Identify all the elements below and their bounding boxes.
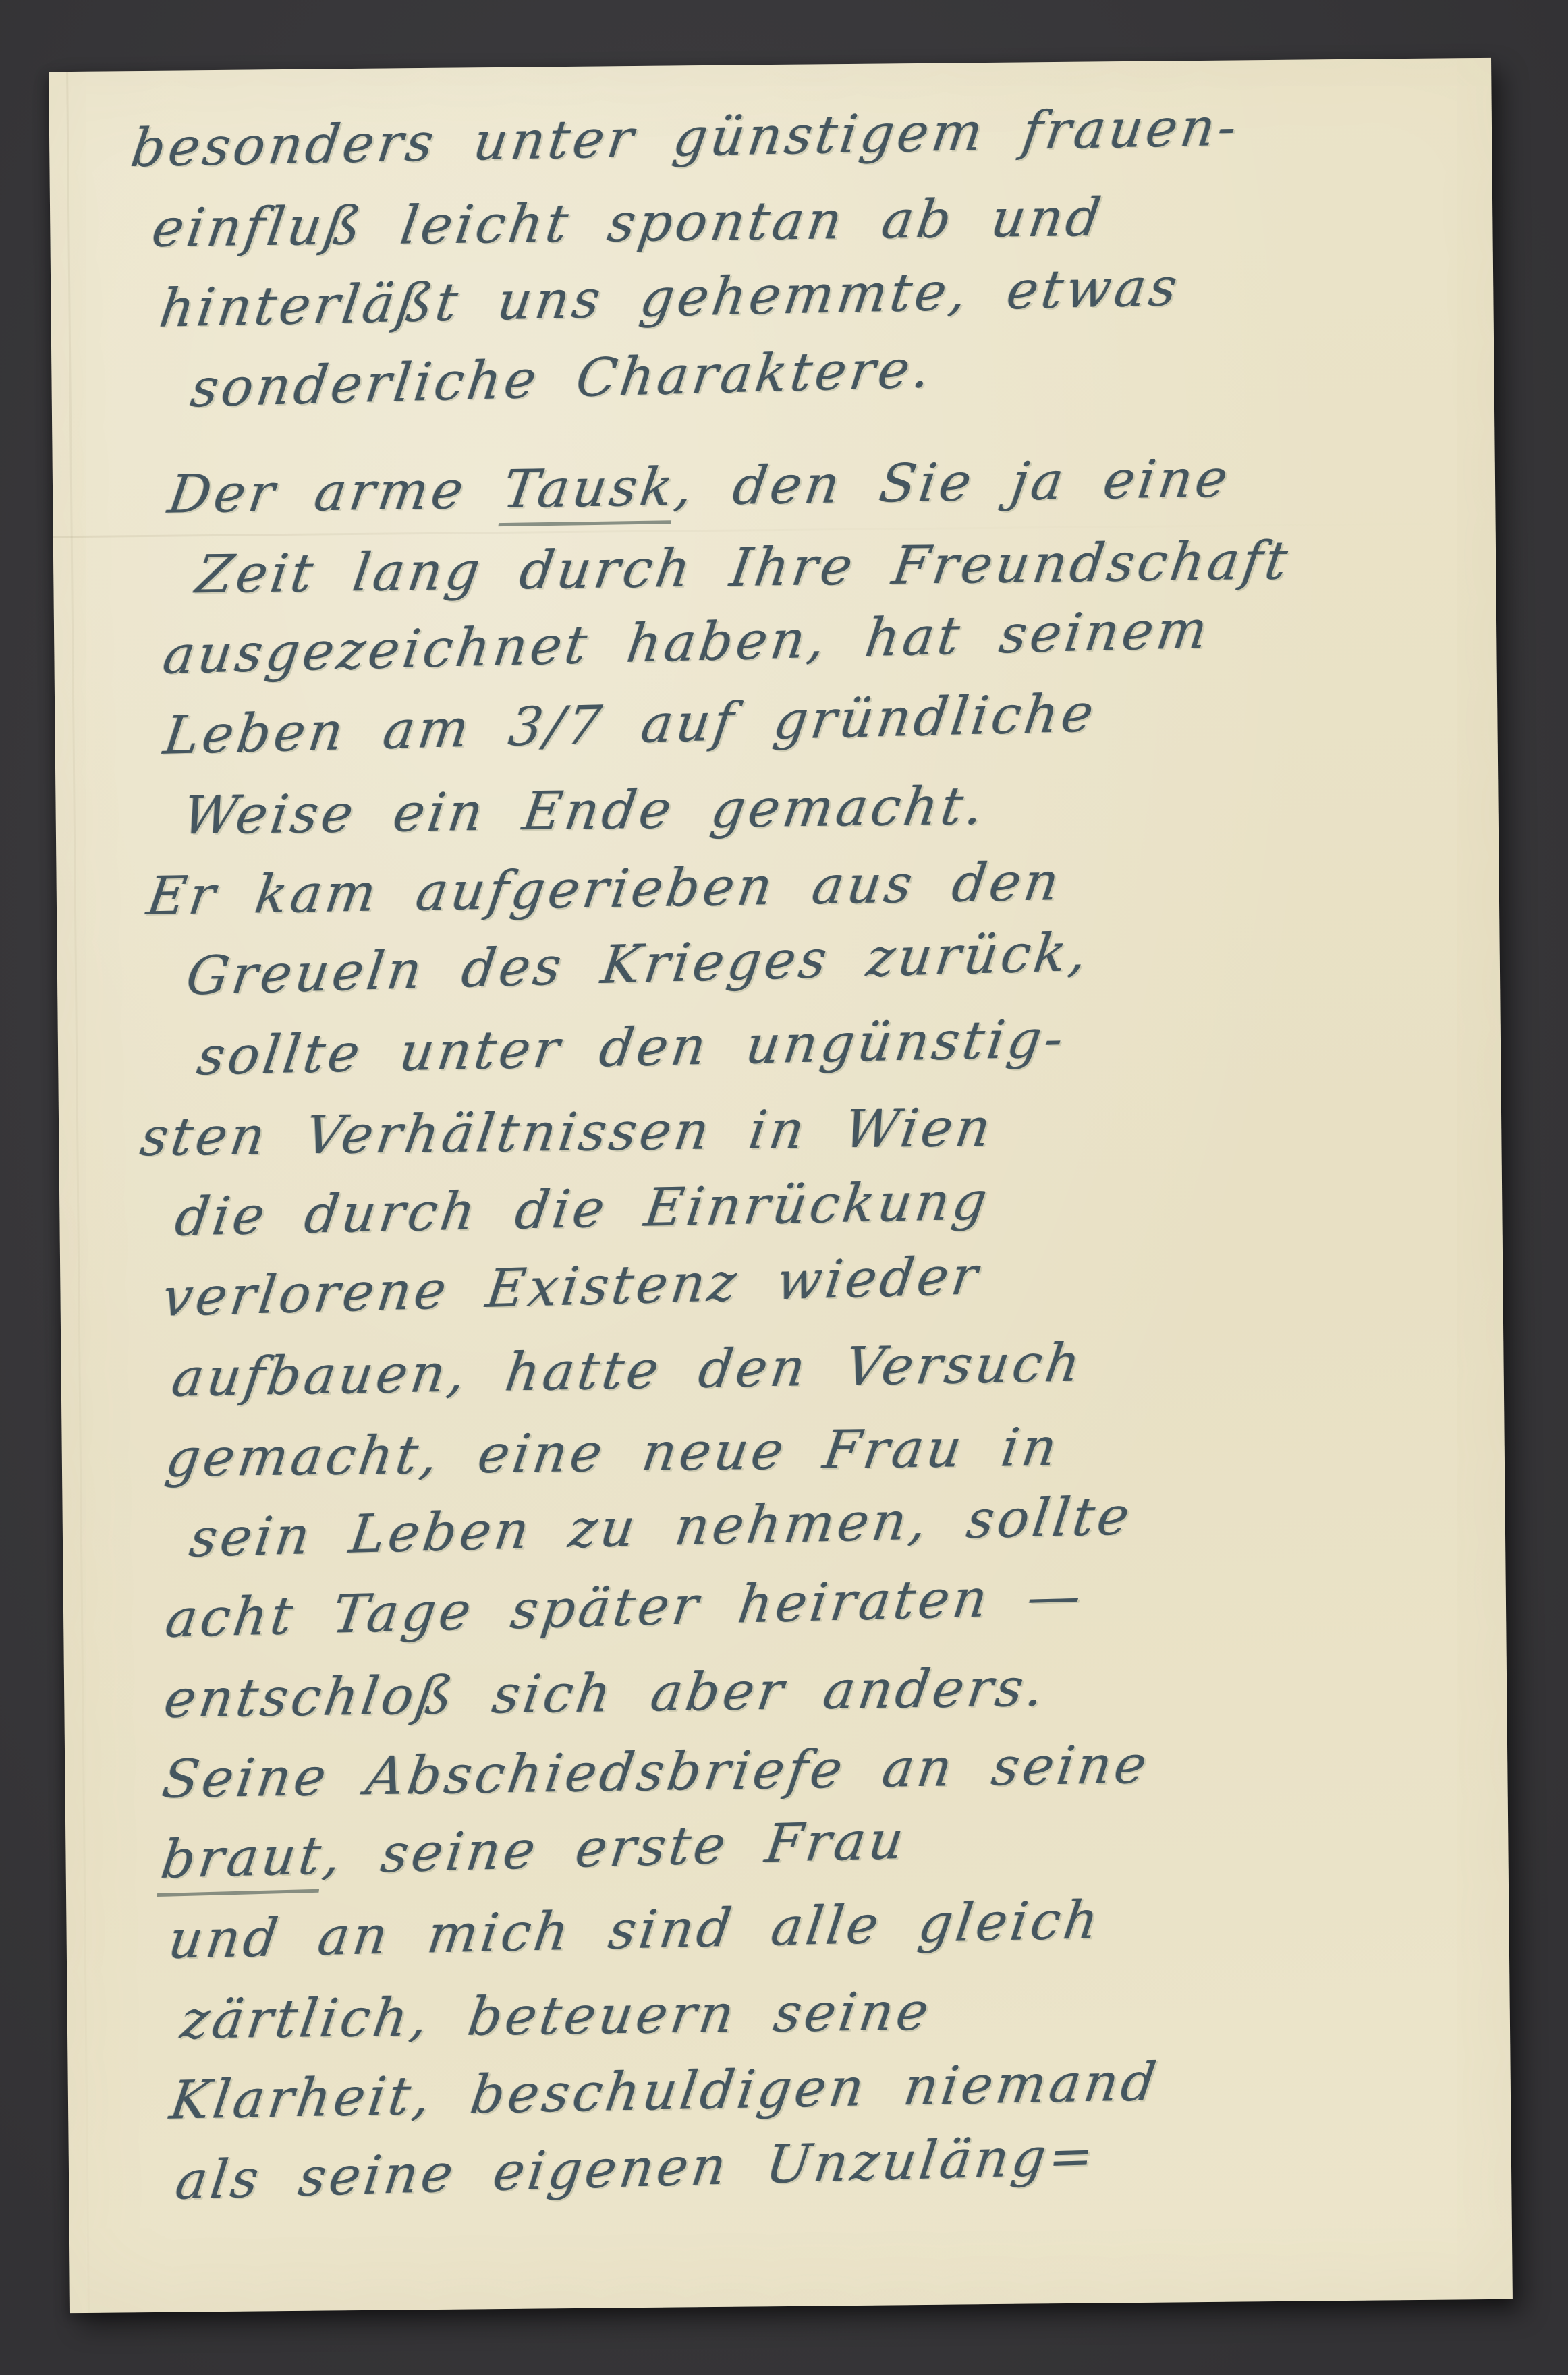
letter-body: besonders unter günstigem frauen-einfluß… bbox=[49, 96, 1512, 2223]
letter-page: besonders unter günstigem frauen-einfluß… bbox=[49, 58, 1513, 2313]
letter-line: besonders unter günstigem frauen- bbox=[126, 82, 1497, 189]
scan-background: besonders unter günstigem frauen-einfluß… bbox=[0, 0, 1568, 2375]
underlined-word: Tausk bbox=[499, 457, 680, 526]
underlined-word: braut bbox=[157, 1825, 327, 1897]
